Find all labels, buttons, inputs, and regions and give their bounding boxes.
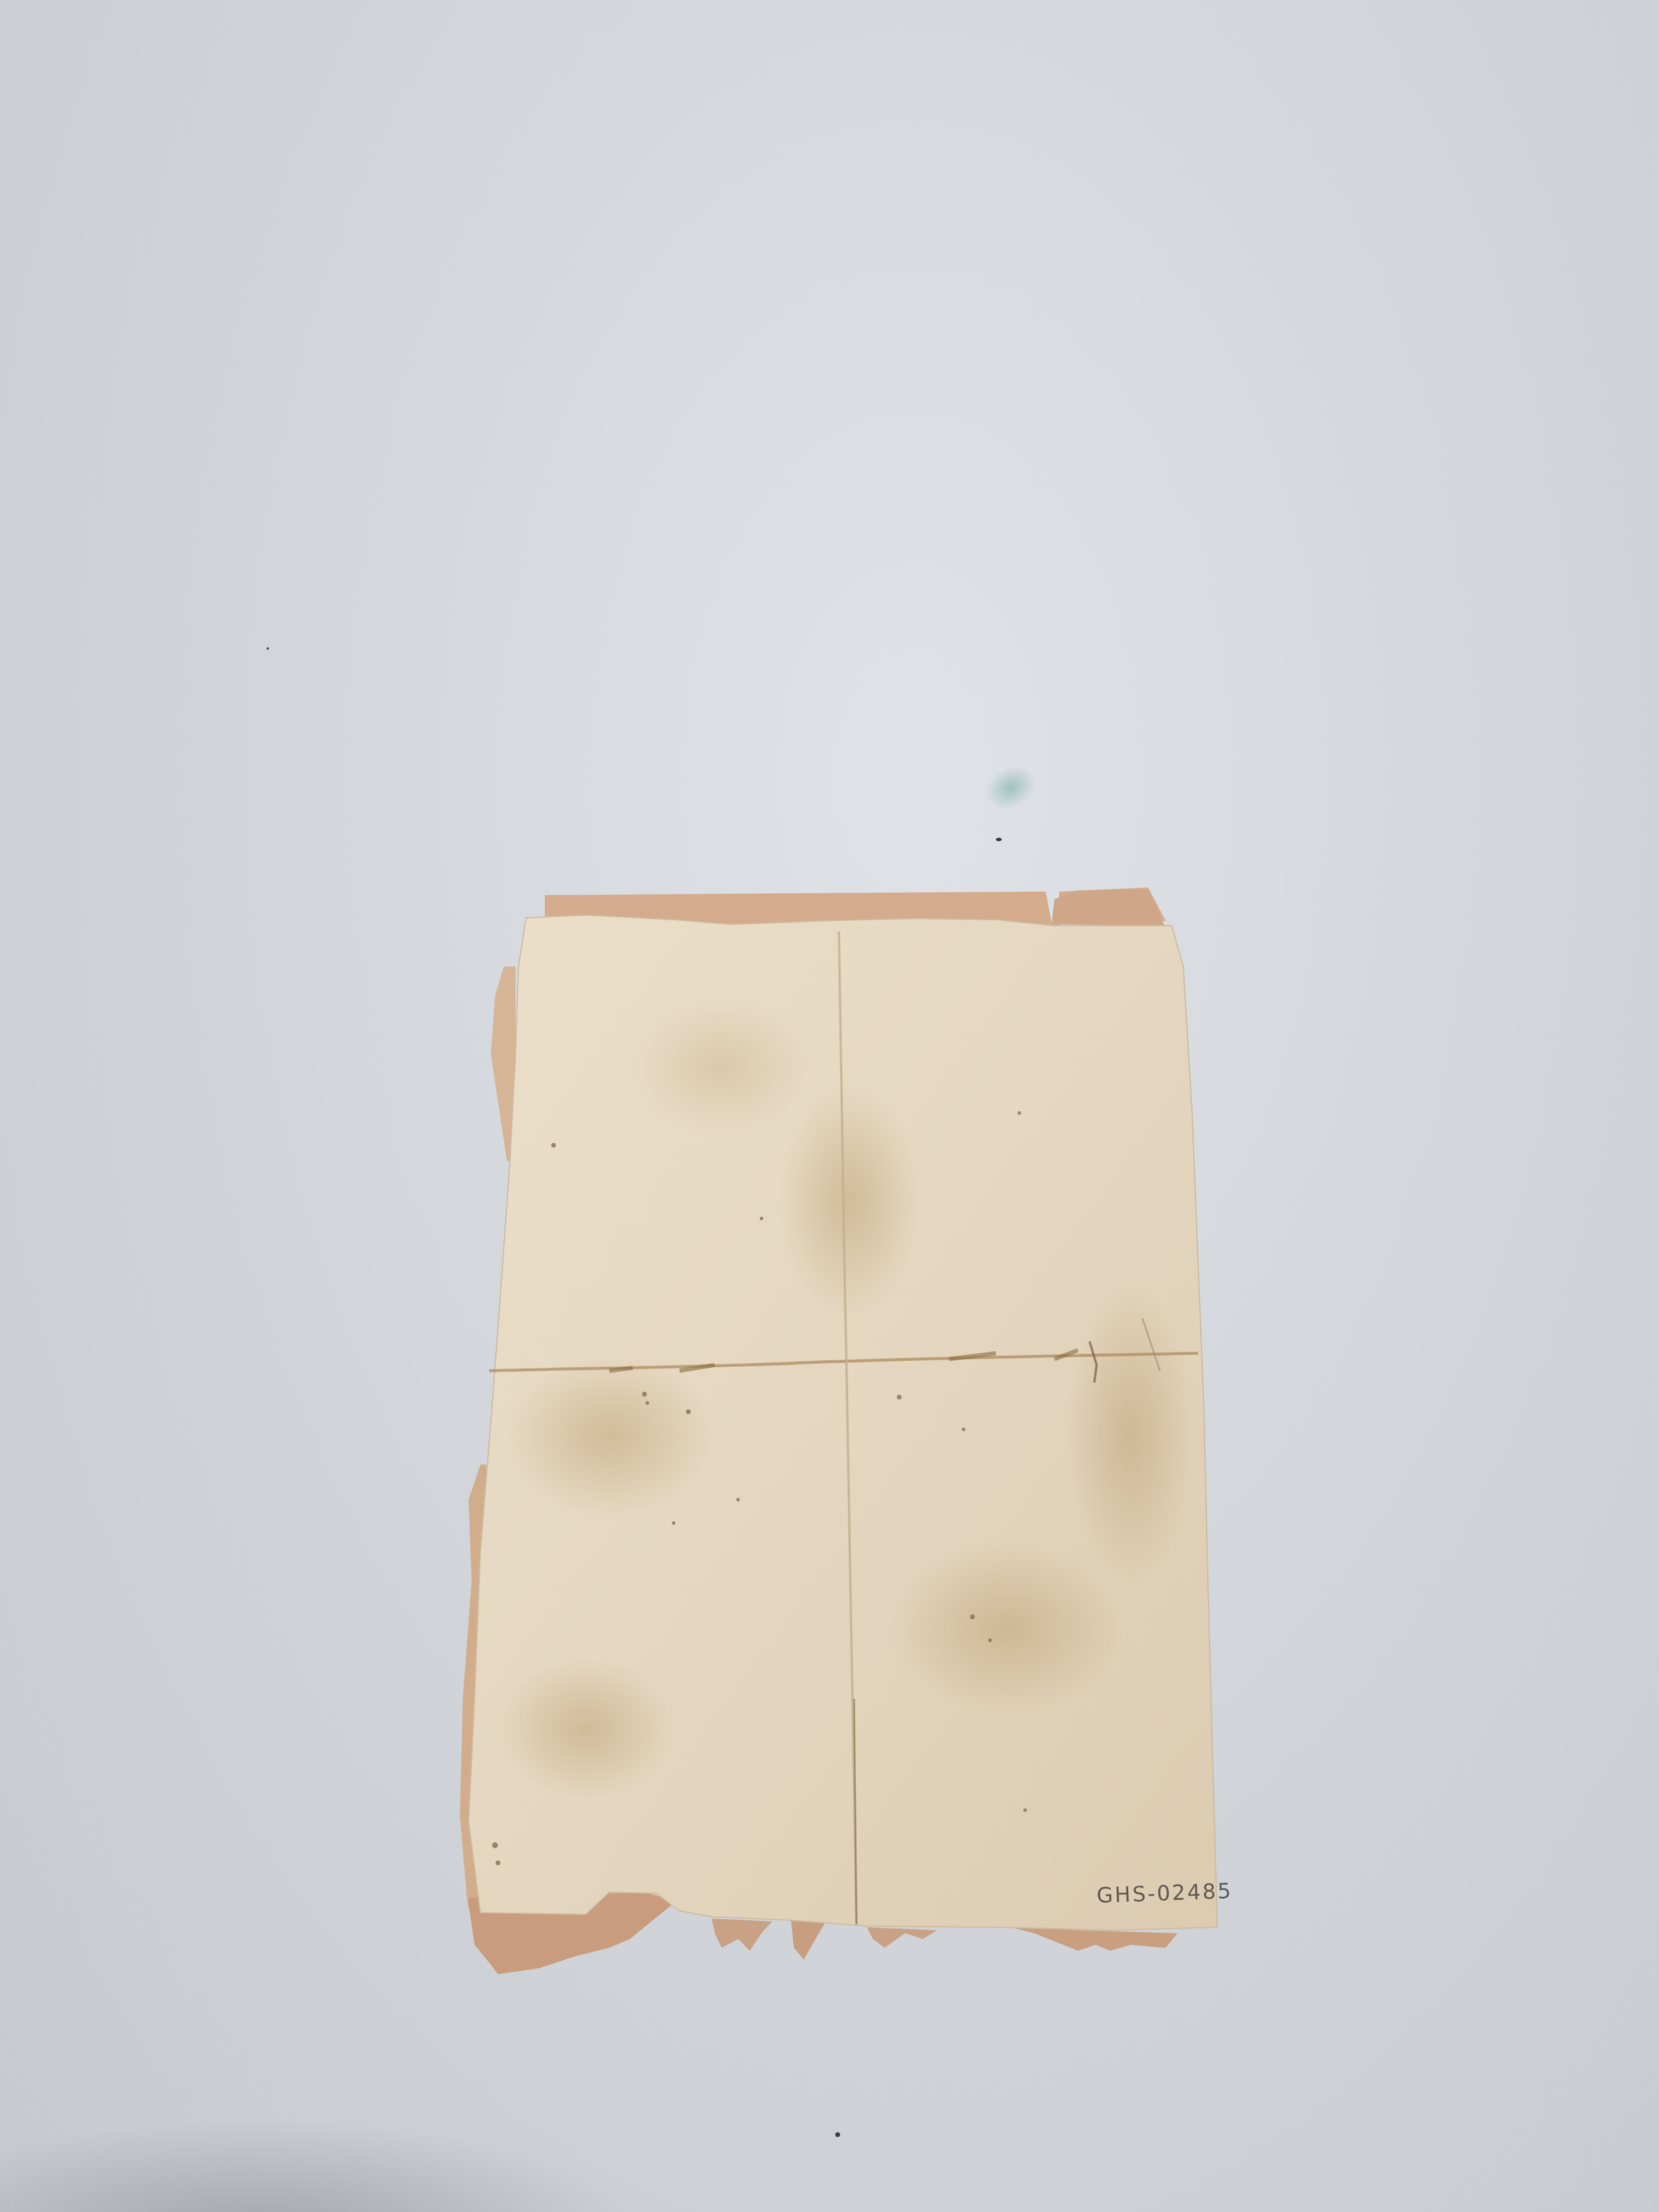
photo-scene: GHS-02485 bbox=[0, 0, 1659, 2212]
speck bbox=[835, 2132, 840, 2137]
document-svg bbox=[0, 0, 1659, 2212]
catalog-number-label: GHS-02485 bbox=[1096, 1879, 1233, 1908]
speck bbox=[267, 647, 269, 650]
speck bbox=[996, 838, 1002, 841]
